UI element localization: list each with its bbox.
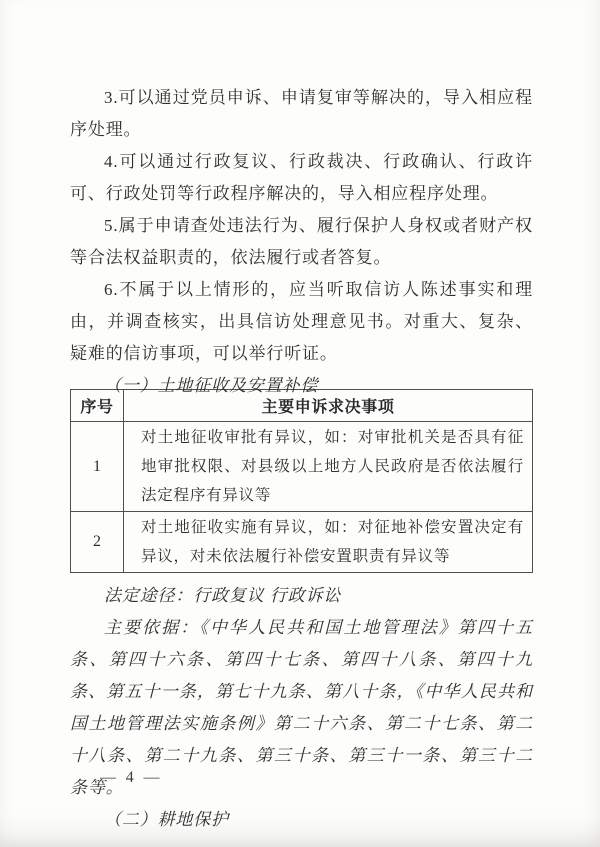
row-item: 对土地征收实施有异议，如：对征地补偿安置决定有异议，对未依法履行补偿安置职责有异… (124, 512, 533, 573)
document-body: 3.可以通过党员申诉、申请复审等解决的，导入相应程序处理。 4.可以通过行政复议… (70, 82, 533, 836)
section-heading-2: （二）耕地保护 (70, 804, 533, 836)
legal-route: 法定途径：行政复议 行政诉讼 (70, 580, 533, 612)
paragraph-4: 4.可以通过行政复议、行政裁决、行政确认、行政许可、行政处罚等行政程序解决的，导… (70, 146, 533, 210)
appeal-table: 序号 主要申诉求决事项 1 对土地征收审批有异议，如：对审批机关是否具有征地审批… (70, 389, 533, 573)
paragraph-5: 5.属于申请查处违法行为、履行保护人身权或者财产权等合法权益职责的，依法履行或者… (70, 210, 533, 274)
table-row: 2 对土地征收实施有异议，如：对征地补偿安置决定有异议，对未依法履行补偿安置职责… (71, 512, 533, 573)
row-number: 2 (71, 512, 124, 573)
table-row: 1 对土地征收审批有异议，如：对审批机关是否具有征地审批权限、对县级以上地方人民… (71, 422, 533, 512)
page-number: — 4 — (100, 765, 162, 791)
row-number: 1 (71, 422, 124, 512)
paragraph-3: 3.可以通过党员申诉、申请复审等解决的，导入相应程序处理。 (70, 82, 533, 146)
paragraph-6: 6.不属于以上情形的，应当听取信访人陈述事实和理由，并调查核实，出具信访处理意见… (70, 274, 533, 370)
row-item: 对土地征收审批有异议，如：对审批机关是否具有征地审批权限、对县级以上地方人民政府… (124, 422, 533, 512)
